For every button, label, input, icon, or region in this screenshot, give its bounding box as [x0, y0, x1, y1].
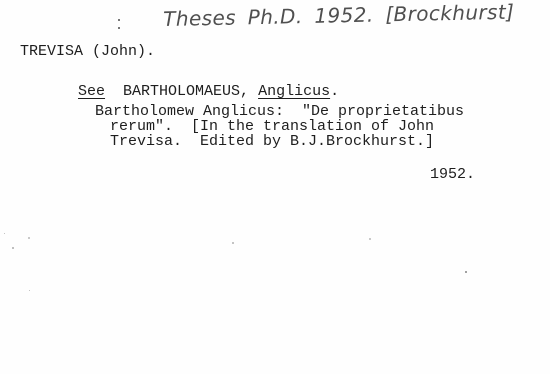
main-entry-heading: TREVISA (John). [20, 44, 155, 59]
description-line-2: rerum". [In the translation of John [110, 119, 434, 134]
catalog-card: Theses Ph.D. 1952. [Brockhurst] TREVISA … [0, 0, 550, 374]
scan-speck [12, 247, 14, 249]
description-line-1: Bartholomew Anglicus: "De proprietatibus [95, 104, 464, 119]
see-target-epithet: Anglicus [258, 83, 330, 100]
see-label: See [78, 83, 105, 100]
year: 1952. [430, 167, 475, 182]
scan-speck [4, 233, 5, 234]
handwritten-annotation: Theses Ph.D. 1952. [Brockhurst] [163, 0, 515, 31]
stray-mark [118, 27, 120, 29]
scan-speck [369, 238, 371, 240]
stray-mark [118, 19, 120, 21]
scan-speck [232, 242, 234, 244]
scan-speck [28, 237, 30, 239]
description-line-3: Trevisa. Edited by B.J.Brockhurst.] [110, 134, 434, 149]
see-target-period: . [330, 83, 339, 100]
spacer [105, 94, 123, 95]
scan-speck [29, 290, 30, 291]
spacer [249, 94, 258, 95]
see-target-name: BARTHOLOMAEUS, [123, 83, 249, 100]
scan-speck [465, 271, 467, 273]
